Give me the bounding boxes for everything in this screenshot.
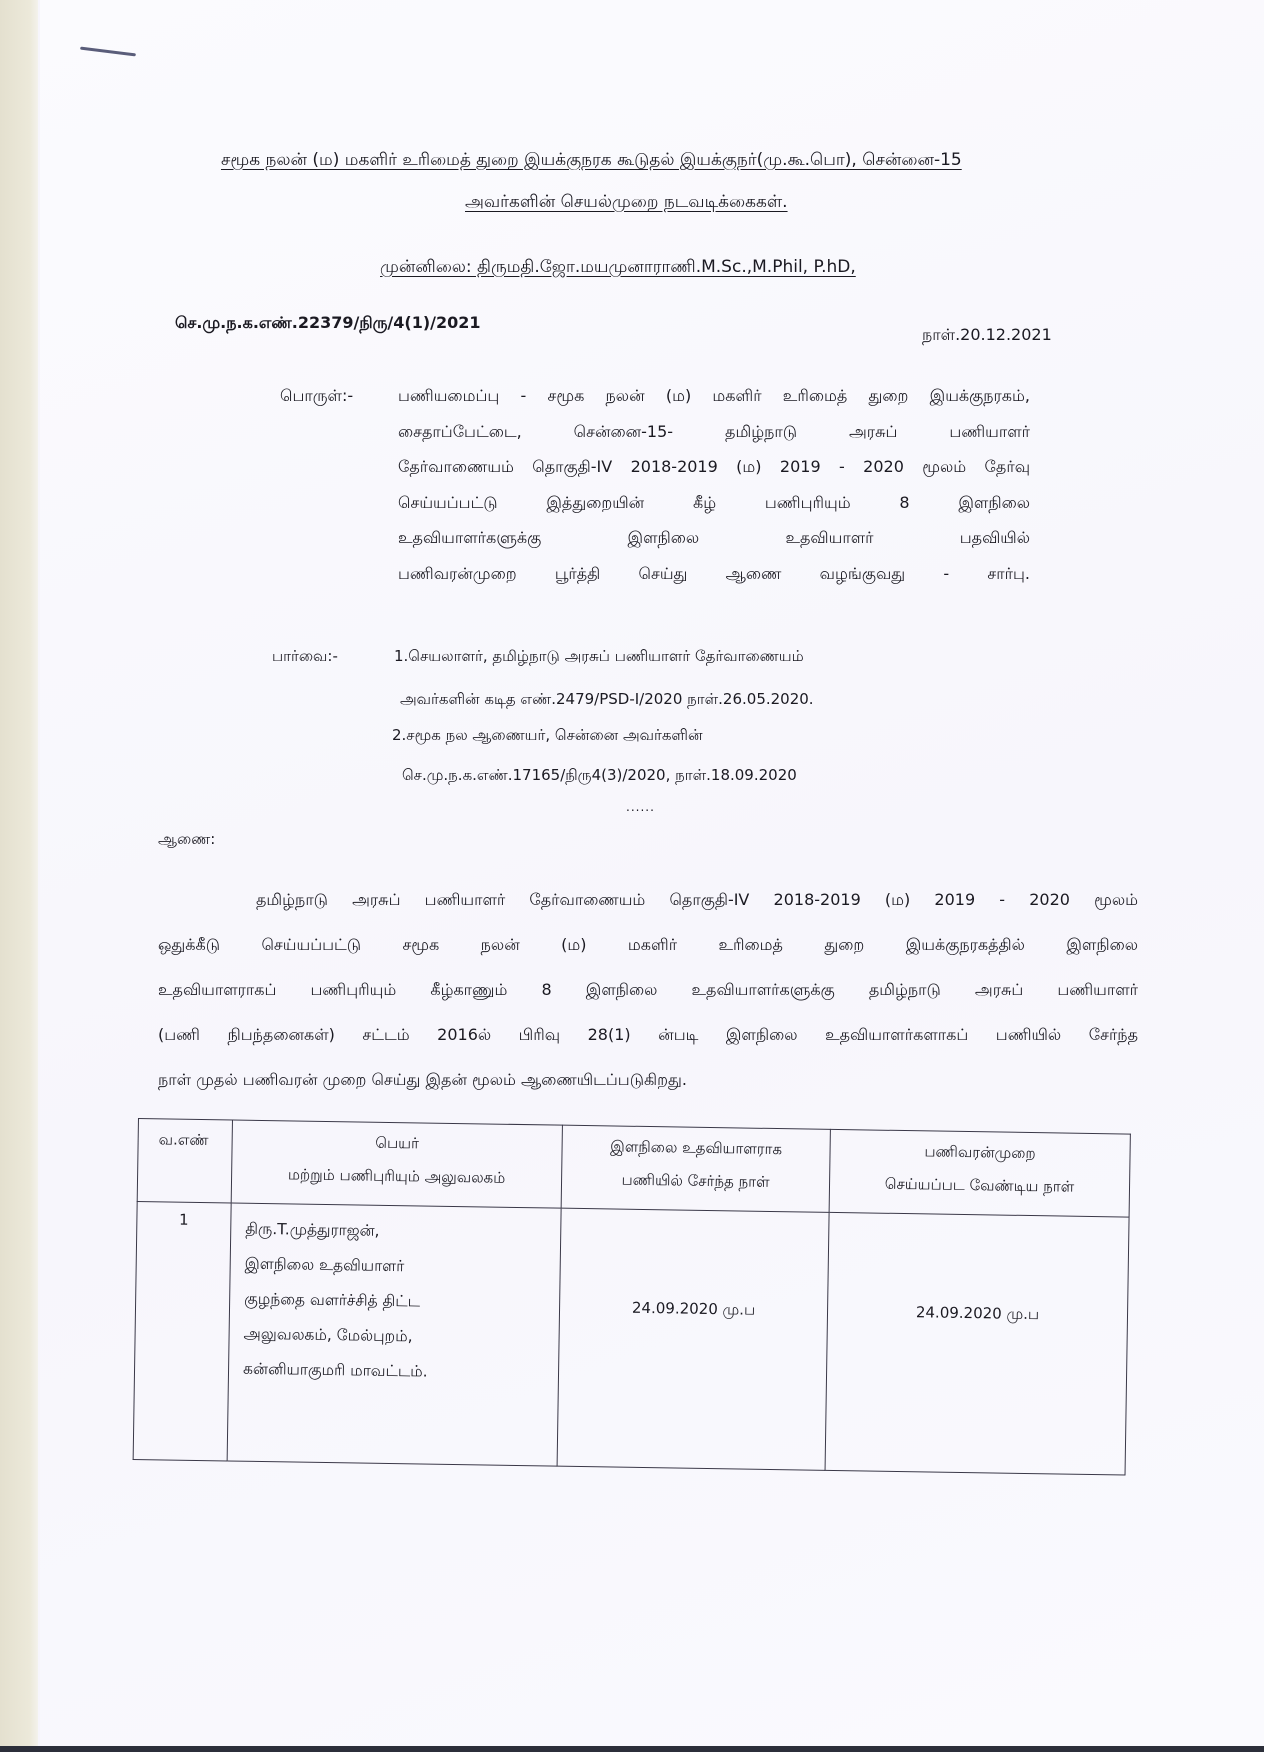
presence-line: முன்னிலை: திருமதி.ஜோ.மயமுனாராணி.M.Sc.,M.… — [380, 257, 856, 279]
header-text: செய்யப்பட வேண்டிய நாள் — [830, 1167, 1129, 1205]
cell-joined-date: 24.09.2020 மு.ப — [557, 1208, 829, 1470]
employee-office: குழந்தை வளர்ச்சித் திட்ட — [244, 1282, 560, 1322]
references-label: பார்வை:- — [272, 647, 338, 667]
subject-line: பணிவரன்முறை பூர்த்தி செய்து ஆணை வழங்குவத… — [398, 556, 1030, 592]
order-line: தமிழ்நாடு அரசுப் பணியாளர் தேர்வாணையம் தொ… — [158, 877, 1138, 922]
subject-text: பணியமைப்பு - சமூக நலன் (ம) மகளிர் உரிமைத… — [398, 378, 1030, 591]
header-text: இளநிலை உதவியாளராக — [562, 1130, 829, 1167]
header-text: மற்றும் பணிபுரியும் அலுவலகம் — [232, 1157, 561, 1195]
header-text: பெயர் — [232, 1124, 561, 1162]
subject-line: தேர்வாணையம் தொகுதி-IV 2018-2019 (ம) 2019… — [398, 449, 1030, 485]
cell-regularisation-date: 24.09.2020 மு.ப — [825, 1212, 1129, 1475]
regularisation-table: வ.எண் பெயர் மற்றும் பணிபுரியும் அலுவலகம்… — [133, 1118, 1130, 1476]
cell-serial-no: 1 — [133, 1201, 231, 1460]
header-text: பணிவரன்முறை — [830, 1134, 1129, 1172]
subject-line: செய்யப்பட்டு இத்துறையின் கீழ் பணிபுரியும… — [398, 485, 1030, 521]
order-line: உதவியாளராகப் பணிபுரியும் கீழ்காணும் 8 இள… — [158, 967, 1138, 1012]
order-heading-line2: அவர்களின் செயல்முறை நடவடிக்கைகள். — [465, 192, 788, 214]
order-line: நாள் முதல் பணிவரன் முறை செய்து இதன் மூலம… — [158, 1057, 1138, 1102]
reference-item-1-detail: அவர்களின் கடித எண்.2479/PSD-I/2020 நாள்.… — [400, 690, 814, 710]
subject-line: உதவியாளர்களுக்கு இளநிலை உதவியாளர் பதவியி… — [398, 520, 1030, 556]
reference-item-2-detail: செ.மு.ந.க.எண்.17165/நிரு4(3)/2020, நாள்.… — [402, 766, 797, 786]
subject-line: பணியமைப்பு - சமூக நலன் (ம) மகளிர் உரிமைத… — [398, 378, 1030, 414]
reference-number: செ.மு.ந.க.எண்.22379/நிரு/4(1)/2021 — [175, 313, 481, 334]
employee-office: அலுவலகம், மேல்புறம், — [243, 1317, 559, 1357]
scan-bottom-edge — [0, 1746, 1264, 1752]
order-date: நாள்.20.12.2021 — [922, 325, 1052, 346]
reference-item-1: 1.செயலாளர், தமிழ்நாடு அரசுப் பணியாளர் தே… — [394, 647, 804, 667]
reference-item-2: 2.சமூக நல ஆணையர், சென்னை அவர்களின் — [392, 726, 703, 746]
employee-designation: இளநிலை உதவியாளர் — [244, 1247, 560, 1287]
header-joined-date: இளநிலை உதவியாளராக பணியில் சேர்ந்த நாள் — [561, 1125, 830, 1212]
header-serial-no: வ.எண் — [137, 1119, 232, 1203]
employee-name: திரு.T.முத்துராஜன், — [245, 1212, 561, 1252]
employee-district: கன்னியாகுமரி மாவட்டம். — [243, 1352, 559, 1392]
order-line: ஒதுக்கீடு செய்யப்பட்டு சமூக நலன் (ம) மகள… — [158, 922, 1138, 967]
header-text: வ.எண் — [159, 1130, 209, 1149]
order-body: தமிழ்நாடு அரசுப் பணியாளர் தேர்வாணையம் தொ… — [158, 877, 1138, 1102]
header-text: பணியில் சேர்ந்த நாள் — [562, 1163, 829, 1200]
order-label: ஆணை: — [158, 830, 215, 850]
header-name-office: பெயர் மற்றும் பணிபுரியும் அலுவலகம் — [231, 1120, 562, 1208]
subject-label: பொருள்:- — [280, 378, 353, 413]
separator-dots: ...... — [626, 800, 655, 814]
subject-line: சைதாப்பேட்டை, சென்னை-15- தமிழ்நாடு அரசுப… — [398, 414, 1030, 450]
cell-name-office: திரு.T.முத்துராஜன், இளநிலை உதவியாளர் குழ… — [227, 1203, 561, 1466]
table-row: 1 திரு.T.முத்துராஜன், இளநிலை உதவியாளர் க… — [133, 1201, 1129, 1475]
order-heading-line1: சமூக நலன் (ம) மகளிர் உரிமைத் துறை இயக்கு… — [221, 150, 962, 172]
header-regularisation-date: பணிவரன்முறை செய்யப்பட வேண்டிய நாள் — [829, 1129, 1130, 1217]
order-line: (பணி நிபந்தனைகள்) சட்டம் 2016ல் பிரிவு 2… — [158, 1012, 1138, 1057]
scan-edge-shadow — [0, 0, 38, 1752]
table-header-row: வ.எண் பெயர் மற்றும் பணிபுரியும் அலுவலகம்… — [137, 1119, 1130, 1218]
